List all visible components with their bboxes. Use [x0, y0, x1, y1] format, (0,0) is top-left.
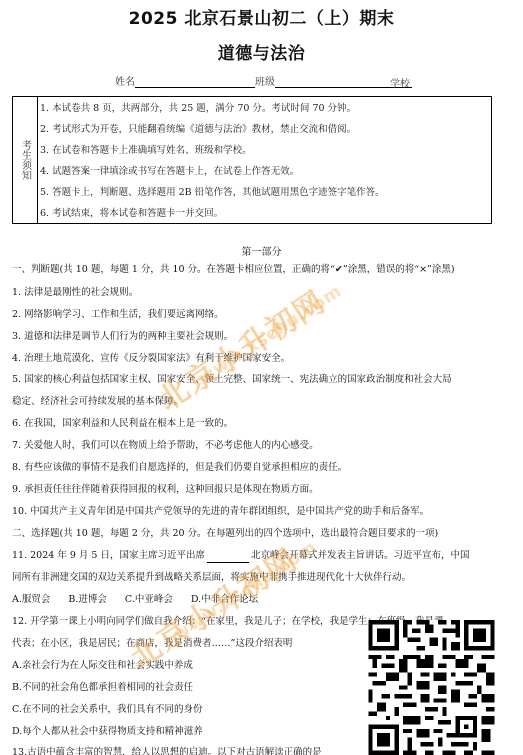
judgment-item: 9. 承担责任往往伴随着获得回报的权利，这种回报只是体现在物质方面。: [12, 483, 319, 497]
section-header-judgment: 一、判断题(共 10 题，每题 1 分，共 10 分。在答题卡相应位置，正确的将…: [12, 263, 455, 277]
name-label: 姓名: [115, 77, 135, 88]
qr-code-graphic: [368, 620, 495, 755]
judgment-item: 1. 法律是最刚性的社会规则。: [12, 286, 138, 300]
option-a[interactable]: A.服贸会: [12, 593, 50, 607]
notice-list: 1. 本试卷共 8 页，共两部分，共 25 题，满分 70 分。考试时间 70 …: [40, 99, 487, 225]
judgment-item: 6. 在我国，国家利益和人民利益在根本上是一致的。: [12, 417, 233, 431]
notice-side-text: 考生须知: [20, 140, 31, 180]
option-c[interactable]: C.在不同的社会关系中，我们具有不同的身份: [12, 703, 202, 717]
q11-stem-part-a: 11. 2024 年 9 月 5 日，国家主席习近平出席: [12, 550, 205, 561]
section-header-choice: 二、选择题(共 10 题，每题 2 分，共 20 分。在每题列出的四个选项中，选…: [12, 527, 438, 541]
question-11-stem-continued: 同所有非洲建交国的双边关系提升到战略关系层面，将实施中非携手推进现代化十大伙伴行…: [12, 571, 411, 585]
class-label: 班级: [255, 77, 275, 88]
q11-blank: [207, 552, 249, 563]
option-a[interactable]: A.亲社会行为在人际交往和社会实践中养成: [12, 659, 193, 673]
exam-subject: 道德与法治: [0, 39, 523, 64]
judgment-item: 3. 道德和法律是调节人们行为的两种主要社会规则。: [12, 330, 233, 344]
option-b[interactable]: B.不同的社会角色都承担着相同的社会责任: [12, 681, 193, 695]
question-12-stem-continued: 代表；在小区，我是居民；在商店，我是消费者……”这段介绍表明: [12, 637, 292, 651]
notice-item: 6. 考试结束，将本试卷和答题卡一并交回。: [40, 204, 487, 225]
judgment-item: 8. 有些应该做的事情不是我们自愿选择的，但是我们仍要自觉承担相应的责任。: [12, 461, 347, 475]
notice-item: 2. 考试形式为开卷，只能翻看统编《道德与法治》教材，禁止交流和借阅。: [40, 120, 487, 141]
option-d[interactable]: D.中非合作论坛: [191, 593, 258, 607]
judgment-item: 4. 治理土地荒漠化、宣传《反分裂国家法》有利于维护国家安全。: [12, 352, 290, 366]
question-11-options: A.服贸会B.进博会C.中亚峰会D.中非合作论坛: [12, 593, 276, 607]
judgment-item-continued: 稳定、经济社会可持续发展的基本保障。: [12, 395, 183, 409]
judgment-item: 2. 网络影响学习、工作和生活，我们要远离网络。: [12, 308, 224, 322]
q11-stem-part-b: 北京峰会开幕式并发表主旨讲话。习近平宣布，中国: [251, 550, 470, 561]
part-one-title: 第一部分: [0, 243, 523, 258]
class-field[interactable]: [275, 75, 390, 88]
option-b[interactable]: B.进博会: [68, 593, 107, 607]
notice-item: 4. 试题答案一律填涂或书写在答题卡上，在试卷上作答无效。: [40, 162, 487, 183]
notice-item: 1. 本试卷共 8 页，共两部分，共 25 题，满分 70 分。考试时间 70 …: [40, 99, 487, 120]
student-info-line: 姓名班级学校: [115, 73, 412, 88]
judgment-item: 7. 关爱他人时，我们可以在物质上给予帮助，不必考虑他人的内心感受。: [12, 439, 319, 453]
notice-item: 5. 答题卡上，判断题、选择题用 2B 铅笔作答，其他试题用黑色字迹签字笔作答。: [40, 183, 487, 204]
option-c[interactable]: C.中亚峰会: [125, 593, 173, 607]
notice-side-label: 考生须知: [13, 97, 38, 223]
judgment-item: 10. 中国共产主义青年团是中国共产党领导的先进的青年群团组织，是中国共产党的助…: [12, 505, 429, 519]
judgment-item: 5. 国家的核心利益包括国家主权、国家安全、领土完整、国家统一、宪法确立的国家政…: [12, 373, 452, 387]
notice-item: 3. 在试卷和答题卡上准确填写姓名、班级和学校。: [40, 141, 487, 162]
exam-title: 2025 北京石景山初二（上）期末: [0, 4, 523, 29]
question-13-stem: 13.古语中蕴含丰富的智慧，给人以思想的启迪。以下对古语解读正确的是: [12, 746, 322, 755]
name-field[interactable]: [135, 75, 255, 88]
school-label: 学校: [390, 75, 412, 88]
question-11-stem: 11. 2024 年 9 月 5 日，国家主席习近平出席北京峰会开幕式并发表主旨…: [12, 549, 470, 563]
qr-code-icon: [368, 620, 495, 755]
option-d[interactable]: D.每个人都从社会中获得物质支持和精神滋养: [12, 725, 203, 739]
exam-notice-box: 考生须知 1. 本试卷共 8 页，共两部分，共 25 题，满分 70 分。考试时…: [12, 96, 492, 224]
